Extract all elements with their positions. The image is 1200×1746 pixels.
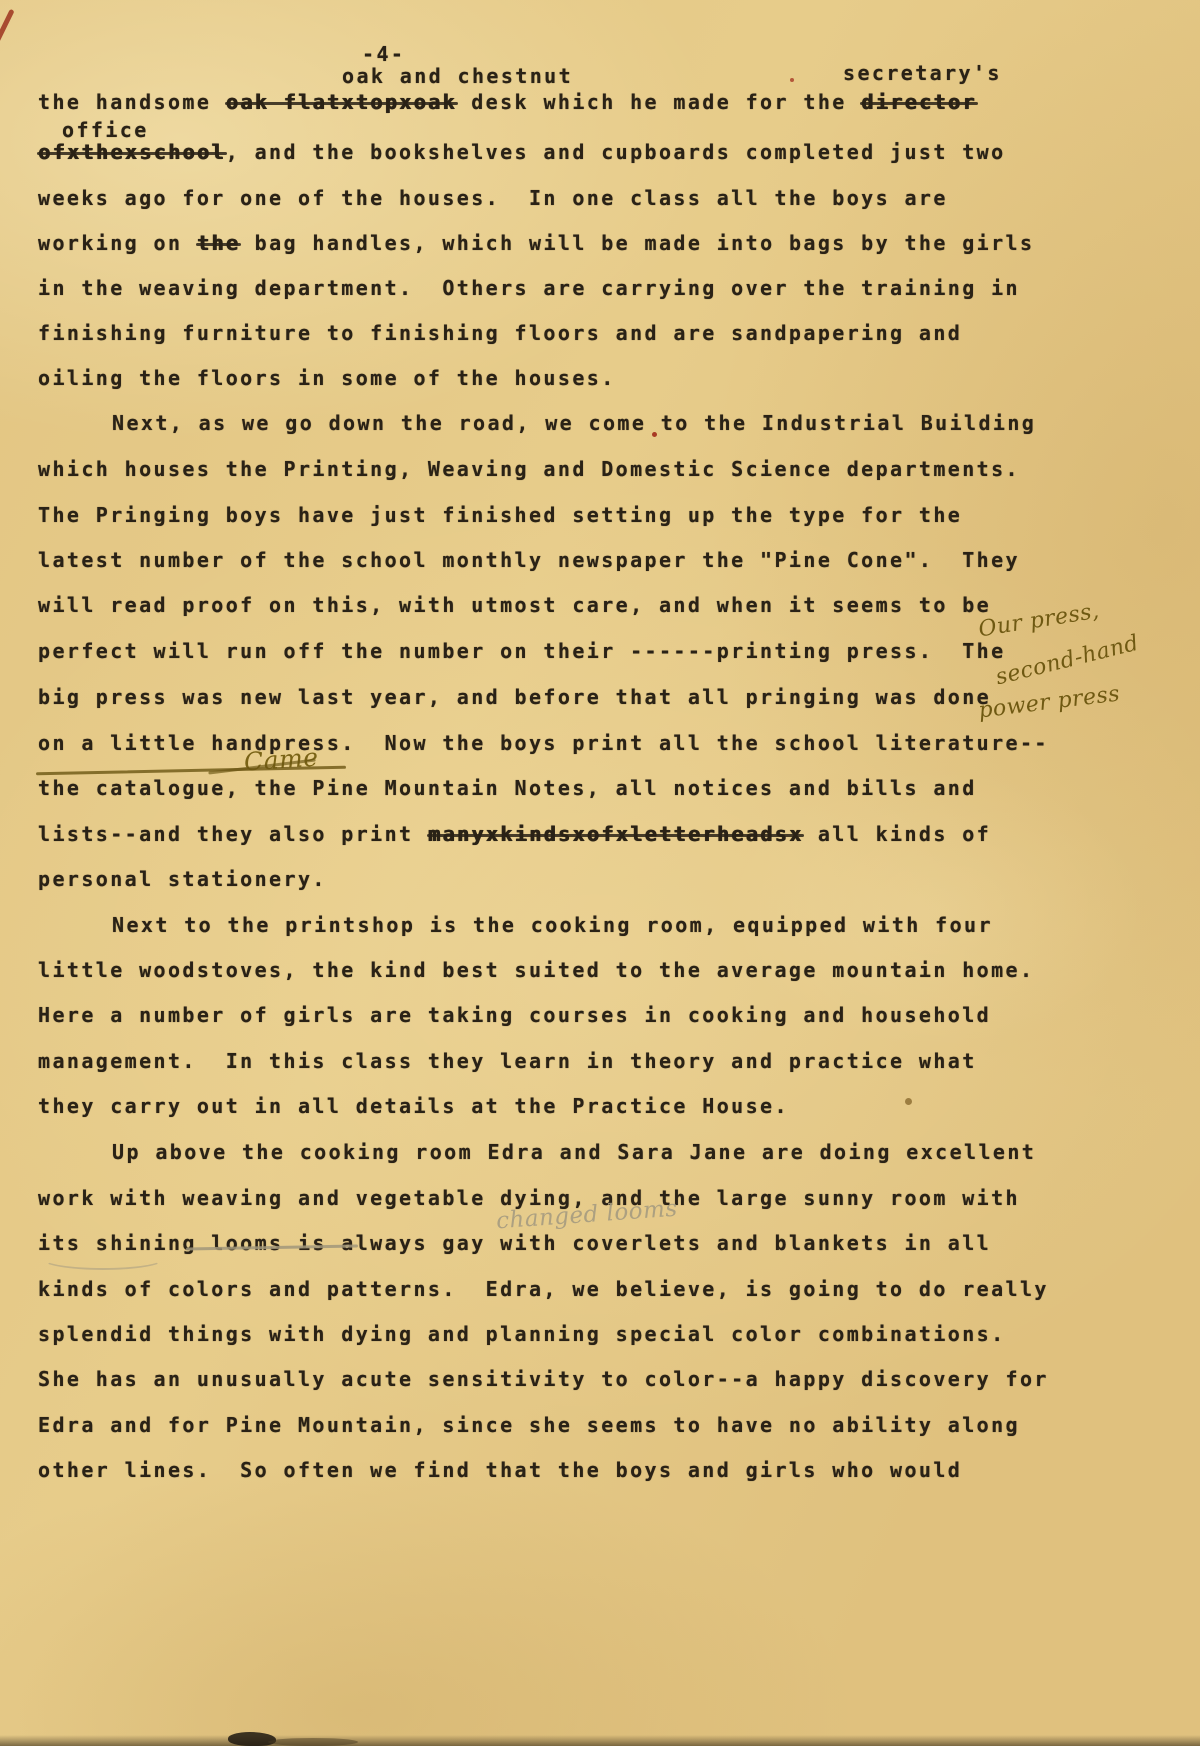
typed-line: Here a number of girls are taking course… bbox=[38, 1005, 991, 1025]
typed-line: lists--and they also print manyxkindsxof… bbox=[38, 824, 991, 844]
overtyped-strikeout: oak flatxtopxoak bbox=[226, 90, 457, 114]
typed-line: which houses the Printing, Weaving and D… bbox=[38, 459, 1020, 479]
typed-line: Next to the printshop is the cooking roo… bbox=[112, 915, 993, 935]
typed-line: its shining looms is always gay with cov… bbox=[38, 1233, 991, 1253]
page-number: -4- bbox=[362, 44, 405, 64]
typed-line: little woodstoves, the kind best suited … bbox=[38, 960, 1034, 980]
typed-line: other lines. So often we find that the b… bbox=[38, 1460, 962, 1480]
typed-line: the catalogue, the Pine Mountain Notes, … bbox=[38, 778, 977, 798]
tear-shadow bbox=[268, 1738, 358, 1746]
typed-line: management. In this class they learn in … bbox=[38, 1051, 977, 1071]
margin-note-line: Our press, bbox=[977, 599, 1101, 643]
typed-line: perfect will run off the number on their… bbox=[38, 641, 1006, 661]
typed-line: on a little handpress. Now the boys prin… bbox=[38, 733, 1049, 753]
overtyped-strikeout: ofxthexschool bbox=[38, 140, 226, 164]
typed-line: office bbox=[62, 120, 149, 140]
typed-line: The Pringing boys have just finished set… bbox=[38, 505, 962, 525]
interline-insertion-oak-chestnut: oak and chestnut bbox=[342, 66, 573, 86]
overtyped-strikeout: manyxkindsxofxletterheadsx bbox=[428, 822, 803, 846]
margin-note-line: second-hand bbox=[993, 631, 1141, 691]
typed-line: Up above the cooking room Edra and Sara … bbox=[112, 1142, 1036, 1162]
tear-mark bbox=[228, 1732, 276, 1746]
overtyped-strikeout: the bbox=[197, 231, 240, 255]
typed-line: splendid things with dying and planning … bbox=[38, 1324, 1006, 1344]
typed-line: in the weaving department. Others are ca… bbox=[38, 278, 1020, 298]
overtyped-strikeout: director bbox=[861, 90, 977, 114]
typed-line: oiling the floors in some of the houses. bbox=[38, 368, 616, 388]
typed-line: they carry out in all details at the Pra… bbox=[38, 1096, 789, 1116]
typed-line: finishing furniture to finishing floors … bbox=[38, 323, 962, 343]
bottom-edge-shadow bbox=[0, 1735, 1200, 1746]
typed-line: personal stationery. bbox=[38, 869, 327, 889]
typed-line: working on the bag handles, which will b… bbox=[38, 233, 1034, 253]
typed-line: big press was new last year, and before … bbox=[38, 687, 991, 707]
paper-stain bbox=[905, 1098, 912, 1105]
typed-line: weeks ago for one of the houses. In one … bbox=[38, 188, 948, 208]
typed-line: kinds of colors and patterns. Edra, we b… bbox=[38, 1279, 1049, 1299]
typed-line: Edra and for Pine Mountain, since she se… bbox=[38, 1415, 1020, 1435]
typed-line: Next, as we go down the road, we come to… bbox=[112, 413, 1036, 433]
typed-line: She has an unusually acute sensitivity t… bbox=[38, 1369, 1049, 1389]
pencil-strikethrough-tail bbox=[42, 1248, 164, 1270]
document-page: -4- oak and chestnut secretary's the han… bbox=[0, 0, 1200, 1746]
red-fleck bbox=[790, 78, 794, 82]
typed-line: will read proof on this, with utmost car… bbox=[38, 595, 991, 615]
typed-line: ofxthexschool, and the bookshelves and c… bbox=[38, 142, 1006, 162]
interline-insertion-secretarys: secretary's bbox=[843, 63, 1002, 83]
red-fleck bbox=[652, 432, 657, 437]
red-pen-mark bbox=[0, 9, 15, 44]
typed-line: the handsome oak flatxtopxoak desk which… bbox=[38, 92, 977, 112]
pencil-struck-word: looms bbox=[211, 1231, 283, 1255]
typed-line: latest number of the school monthly news… bbox=[38, 550, 1020, 570]
